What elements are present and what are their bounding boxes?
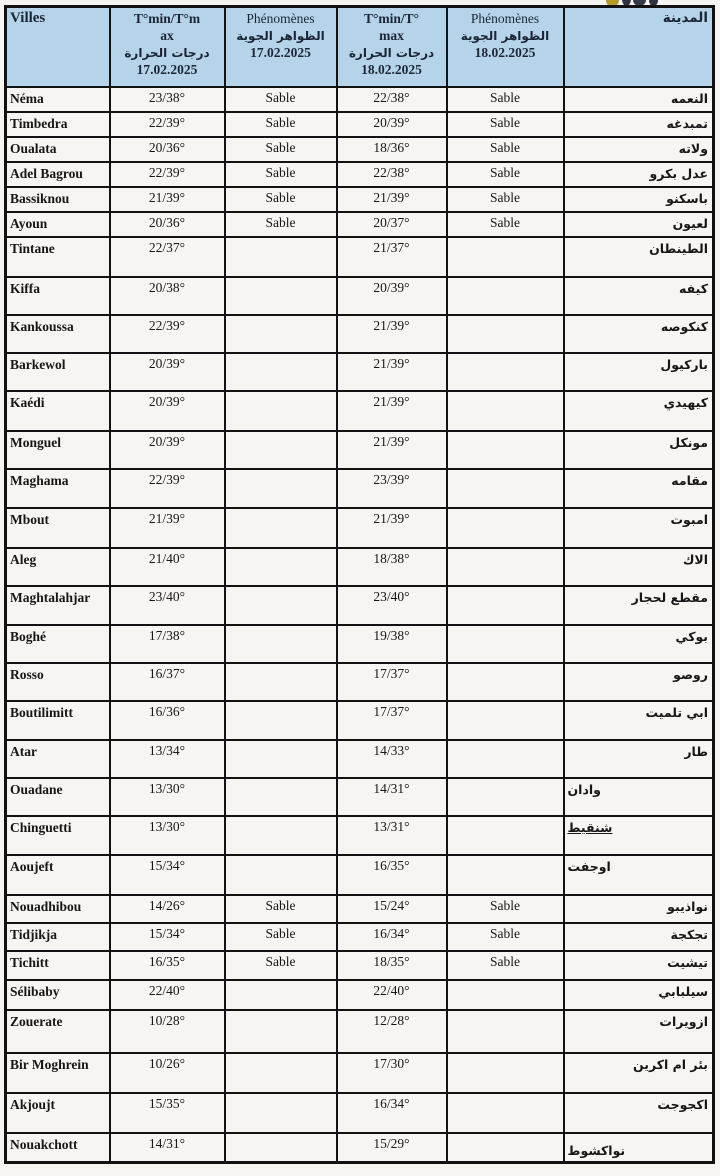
phenomena-17-cell — [225, 980, 337, 1010]
temp-17-value: 21/40° — [149, 551, 185, 566]
temp-17-value: 13/34° — [149, 743, 185, 758]
city-fr-cell: Ouadane — [6, 778, 110, 816]
table-row: Akjoujt 15/35° 16/34° اكجوجت — [6, 1093, 714, 1133]
temp-17-cell: 23/40° — [110, 586, 225, 625]
city-name-fr: Néma — [10, 91, 44, 106]
city-ar-cell: الطينطان — [564, 237, 714, 277]
phenomena-17-value: Sable — [266, 115, 296, 130]
temp-18-cell: 17/30° — [337, 1053, 447, 1093]
table-row: Nouakchott 14/31° 15/29° نواكشوط — [6, 1133, 714, 1163]
header-row: Villes T°min/T°m ax درجات الحرارة 17.02.… — [6, 7, 714, 87]
temp-18-cell: 15/24° — [337, 895, 447, 923]
table-row: Kiffa 20/38° 20/39° كيفه — [6, 277, 714, 315]
phenomena-17-cell — [225, 855, 337, 895]
table-row: Ouadane 13/30° 14/31° وادان — [6, 778, 714, 816]
temp-17-cell: 21/39° — [110, 508, 225, 548]
city-name-ar: النعمه — [671, 91, 708, 106]
phenomena-17-cell — [225, 353, 337, 391]
city-name-ar: مقامه — [671, 473, 708, 488]
city-name-fr: Monguel — [10, 435, 61, 450]
table-row: Atar 13/34° 14/33° طار — [6, 740, 714, 778]
city-name-ar: ولاته — [679, 141, 708, 156]
city-name-ar: تجكجة — [670, 927, 708, 942]
temp-17-cell: 22/39° — [110, 162, 225, 187]
phenomena-18-cell — [447, 701, 564, 740]
city-name-fr: Timbedra — [10, 116, 68, 131]
phenomena-17-value: Sable — [266, 954, 296, 969]
header-phenomena-17-date: 17.02.2025 — [226, 45, 336, 61]
city-name-ar: ابي تلميت — [646, 705, 709, 720]
city-ar-cell: تمبدغه — [564, 112, 714, 137]
city-ar-cell: كيفه — [564, 277, 714, 315]
phenomena-17-value: Sable — [266, 898, 296, 913]
city-ar-cell: كنكوصه — [564, 315, 714, 353]
city-name-ar: بوكي — [676, 629, 708, 644]
phenomena-18-cell — [447, 391, 564, 431]
temp-17-cell: 21/40° — [110, 548, 225, 586]
city-fr-cell: Mbout — [6, 508, 110, 548]
phenomena-17-value: Sable — [266, 926, 296, 941]
phenomena-17-cell — [225, 701, 337, 740]
temp-18-cell: 21/37° — [337, 237, 447, 277]
temp-17-cell: 20/39° — [110, 391, 225, 431]
city-name-fr: Adel Bagrou — [10, 166, 83, 181]
temp-17-cell: 16/35° — [110, 951, 225, 980]
city-name-fr: Boutilimitt — [10, 705, 73, 720]
phenomena-17-cell: Sable — [225, 187, 337, 212]
table-row: Oualata 20/36° Sable 18/36° Sable ولاته — [6, 137, 714, 162]
phenomena-17-cell — [225, 469, 337, 508]
temp-17-value: 13/30° — [149, 781, 185, 796]
temp-17-cell: 20/36° — [110, 212, 225, 237]
city-name-ar: اكجوجت — [657, 1097, 708, 1112]
city-name-ar: سيلبابي — [658, 984, 708, 999]
city-ar-cell: النعمه — [564, 87, 714, 112]
city-fr-cell: Bir Moghrein — [6, 1053, 110, 1093]
city-ar-cell: شنقيط — [564, 816, 714, 855]
temp-17-value: 15/34° — [149, 858, 185, 873]
header-phenomena-17-ar: الظواهر الجوية — [226, 28, 336, 45]
temp-18-cell: 13/31° — [337, 816, 447, 855]
city-name-ar: باسكنو — [666, 191, 708, 206]
city-ar-cell: الاك — [564, 548, 714, 586]
city-name-ar: مقطع لحجار — [632, 590, 708, 605]
phenomena-17-cell: Sable — [225, 895, 337, 923]
temp-17-value: 15/35° — [149, 1096, 185, 1111]
temp-17-cell: 22/39° — [110, 112, 225, 137]
phenomena-17-cell — [225, 1093, 337, 1133]
phenomena-17-cell: Sable — [225, 137, 337, 162]
header-villes: Villes — [6, 7, 110, 87]
city-name-ar: طار — [684, 744, 708, 759]
temp-18-value: 21/39° — [373, 356, 409, 371]
phenomena-18-value: Sable — [490, 165, 520, 180]
phenomena-17-cell — [225, 391, 337, 431]
temp-17-value: 20/39° — [149, 356, 185, 371]
city-fr-cell: Chinguetti — [6, 816, 110, 855]
city-ar-cell: نواذيبو — [564, 895, 714, 923]
city-name-ar: كنكوصه — [661, 319, 708, 334]
temp-17-value: 16/36° — [149, 704, 185, 719]
temp-18-cell: 12/28° — [337, 1010, 447, 1053]
header-phenomena-17: Phénomènes الظواهر الجوية 17.02.2025 — [225, 7, 337, 87]
temp-18-value: 17/30° — [373, 1056, 409, 1071]
temp-17-value: 22/39° — [149, 472, 185, 487]
temp-17-cell: 15/35° — [110, 1093, 225, 1133]
phenomena-18-cell — [447, 1093, 564, 1133]
phenomena-18-cell — [447, 1133, 564, 1163]
temp-18-value: 17/37° — [373, 666, 409, 681]
city-name-fr: Boghé — [10, 629, 46, 644]
city-name-fr: Rosso — [10, 667, 44, 682]
table-row: Aoujeft 15/34° 16/35° اوجفت — [6, 855, 714, 895]
table-row: Nouadhibou 14/26° Sable 15/24° Sable نوا… — [6, 895, 714, 923]
table-row: Mbout 21/39° 21/39° امبوت — [6, 508, 714, 548]
phenomena-17-cell: Sable — [225, 212, 337, 237]
phenomena-17-cell: Sable — [225, 162, 337, 187]
temp-18-cell: 18/36° — [337, 137, 447, 162]
temp-17-value: 20/36° — [149, 140, 185, 155]
phenomena-18-cell — [447, 586, 564, 625]
city-name-ar: نواذيبو — [667, 899, 708, 914]
city-ar-cell: باسكنو — [564, 187, 714, 212]
weather-table: Villes T°min/T°m ax درجات الحرارة 17.02.… — [4, 5, 715, 1164]
city-fr-cell: Nouadhibou — [6, 895, 110, 923]
phenomena-18-value: Sable — [490, 898, 520, 913]
city-name-fr: Bir Moghrein — [10, 1057, 89, 1072]
city-fr-cell: Tintane — [6, 237, 110, 277]
phenomena-18-cell: Sable — [447, 162, 564, 187]
temp-18-value: 21/39° — [373, 190, 409, 205]
temp-18-cell: 18/35° — [337, 951, 447, 980]
temp-18-value: 20/39° — [373, 115, 409, 130]
city-name-ar: الاك — [683, 552, 708, 567]
phenomena-17-value: Sable — [266, 140, 296, 155]
city-fr-cell: Zouerate — [6, 1010, 110, 1053]
phenomena-18-cell: Sable — [447, 923, 564, 951]
header-phenomena-18-date: 18.02.2025 — [448, 45, 563, 61]
city-name-fr: Chinguetti — [10, 820, 72, 835]
phenomena-17-value: Sable — [266, 215, 296, 230]
temp-17-cell: 20/38° — [110, 277, 225, 315]
phenomena-17-value: Sable — [266, 165, 296, 180]
table-row: Timbedra 22/39° Sable 20/39° Sable تمبدغ… — [6, 112, 714, 137]
table-row: Bassiknou 21/39° Sable 21/39° Sable باسك… — [6, 187, 714, 212]
city-fr-cell: Kankoussa — [6, 315, 110, 353]
phenomena-17-cell — [225, 816, 337, 855]
temp-17-value: 22/39° — [149, 165, 185, 180]
table-row: Tichitt 16/35° Sable 18/35° Sable تيشيت — [6, 951, 714, 980]
temp-18-value: 16/35° — [373, 858, 409, 873]
temp-18-value: 14/33° — [373, 743, 409, 758]
temp-17-value: 14/26° — [149, 898, 185, 913]
temp-18-value: 18/36° — [373, 140, 409, 155]
table-row: Boutilimitt 16/36° 17/37° ابي تلميت — [6, 701, 714, 740]
city-name-ar: تيشيت — [667, 955, 708, 970]
city-fr-cell: Aoujeft — [6, 855, 110, 895]
temp-18-value: 21/39° — [373, 394, 409, 409]
phenomena-18-value: Sable — [490, 90, 520, 105]
temp-17-cell: 23/38° — [110, 87, 225, 112]
city-name-fr: Sélibaby — [10, 984, 60, 999]
temp-18-cell: 19/38° — [337, 625, 447, 663]
city-ar-cell: امبوت — [564, 508, 714, 548]
table-row: Maghtalahjar 23/40° 23/40° مقطع لحجار — [6, 586, 714, 625]
temp-18-cell: 21/39° — [337, 508, 447, 548]
phenomena-18-cell — [447, 1053, 564, 1093]
temp-18-cell: 17/37° — [337, 663, 447, 701]
city-ar-cell: اكجوجت — [564, 1093, 714, 1133]
city-name-ar: امبوت — [670, 512, 708, 527]
temp-18-value: 21/39° — [373, 434, 409, 449]
table-row: Monguel 20/39° 21/39° مونكل — [6, 431, 714, 469]
phenomena-18-cell — [447, 508, 564, 548]
temp-18-value: 22/40° — [373, 983, 409, 998]
temp-18-value: 14/31° — [373, 781, 409, 796]
table-row: Zouerate 10/28° 12/28° ازويرات — [6, 1010, 714, 1053]
phenomena-17-value: Sable — [266, 90, 296, 105]
city-name-fr: Maghtalahjar — [10, 590, 90, 605]
city-ar-cell: تجكجة — [564, 923, 714, 951]
city-name-fr: Mbout — [10, 512, 49, 527]
phenomena-18-value: Sable — [490, 115, 520, 130]
temp-18-value: 18/35° — [373, 954, 409, 969]
phenomena-18-cell — [447, 663, 564, 701]
temp-18-cell: 22/38° — [337, 87, 447, 112]
temp-17-cell: 13/30° — [110, 816, 225, 855]
city-ar-cell: ازويرات — [564, 1010, 714, 1053]
table-row: Tidjikja 15/34° Sable 16/34° Sable تجكجة — [6, 923, 714, 951]
temp-17-value: 22/39° — [149, 318, 185, 333]
header-temp-18-fr: T°min/T° max — [338, 11, 446, 45]
city-fr-cell: Maghama — [6, 469, 110, 508]
city-ar-cell: باركيول — [564, 353, 714, 391]
temp-18-value: 16/34° — [373, 926, 409, 941]
header-temp-18-ar: درجات الحرارة — [338, 45, 446, 62]
header-phenomena-18-fr: Phénomènes — [448, 11, 563, 28]
city-ar-cell: بوكي — [564, 625, 714, 663]
phenomena-17-cell — [225, 1133, 337, 1163]
city-name-ar: مونكل — [669, 435, 708, 450]
city-name-fr: Maghama — [10, 473, 69, 488]
city-name-ar: كيفه — [679, 281, 708, 296]
temp-17-cell: 10/28° — [110, 1010, 225, 1053]
table-row: Tintane 22/37° 21/37° الطينطان — [6, 237, 714, 277]
phenomena-18-value: Sable — [490, 215, 520, 230]
table-row: Adel Bagrou 22/39° Sable 22/38° Sable عد… — [6, 162, 714, 187]
temp-18-value: 18/38° — [373, 551, 409, 566]
city-fr-cell: Kiffa — [6, 277, 110, 315]
temp-18-cell: 16/34° — [337, 923, 447, 951]
phenomena-18-cell — [447, 740, 564, 778]
city-fr-cell: Tidjikja — [6, 923, 110, 951]
temp-18-cell: 20/37° — [337, 212, 447, 237]
city-name-fr: Tidjikja — [10, 927, 57, 942]
temp-18-value: 16/34° — [373, 1096, 409, 1111]
temp-18-value: 20/39° — [373, 280, 409, 295]
temp-18-cell: 16/35° — [337, 855, 447, 895]
phenomena-17-cell — [225, 778, 337, 816]
temp-17-cell: 14/31° — [110, 1133, 225, 1163]
temp-17-cell: 22/37° — [110, 237, 225, 277]
temp-18-value: 20/37° — [373, 215, 409, 230]
phenomena-17-cell — [225, 237, 337, 277]
city-fr-cell: Monguel — [6, 431, 110, 469]
temp-18-cell: 15/29° — [337, 1133, 447, 1163]
phenomena-18-cell — [447, 315, 564, 353]
phenomena-17-cell — [225, 277, 337, 315]
city-fr-cell: Timbedra — [6, 112, 110, 137]
phenomena-17-cell — [225, 315, 337, 353]
phenomena-17-cell — [225, 625, 337, 663]
temp-18-value: 21/39° — [373, 511, 409, 526]
temp-17-cell: 13/34° — [110, 740, 225, 778]
table-row: Bir Moghrein 10/26° 17/30° بئر ام اكرين — [6, 1053, 714, 1093]
city-name-ar: نواكشوط — [568, 1143, 626, 1158]
city-name-fr: Aoujeft — [10, 859, 54, 874]
city-ar-cell: تيشيت — [564, 951, 714, 980]
phenomena-18-value: Sable — [490, 926, 520, 941]
phenomena-18-cell — [447, 1010, 564, 1053]
city-name-fr: Akjoujt — [10, 1097, 55, 1112]
phenomena-17-cell: Sable — [225, 112, 337, 137]
city-name-ar: كيهيدي — [664, 395, 708, 410]
phenomena-18-cell — [447, 277, 564, 315]
phenomena-18-cell: Sable — [447, 137, 564, 162]
city-fr-cell: Nouakchott — [6, 1133, 110, 1163]
phenomena-18-cell — [447, 625, 564, 663]
table-row: Barkewol 20/39° 21/39° باركيول — [6, 353, 714, 391]
temp-17-cell: 22/39° — [110, 469, 225, 508]
phenomena-17-cell — [225, 431, 337, 469]
city-ar-cell: كيهيدي — [564, 391, 714, 431]
city-name-fr: Nouadhibou — [10, 899, 81, 914]
temp-17-value: 20/38° — [149, 280, 185, 295]
temp-17-cell: 15/34° — [110, 855, 225, 895]
table-row: Kaédi 20/39° 21/39° كيهيدي — [6, 391, 714, 431]
temp-17-cell: 15/34° — [110, 923, 225, 951]
city-name-fr: Tintane — [10, 241, 55, 256]
temp-18-cell: 21/39° — [337, 353, 447, 391]
temp-17-cell: 16/37° — [110, 663, 225, 701]
temp-17-cell: 16/36° — [110, 701, 225, 740]
temp-17-value: 16/37° — [149, 666, 185, 681]
city-name-ar: بئر ام اكرين — [633, 1057, 708, 1072]
phenomena-18-cell — [447, 548, 564, 586]
city-fr-cell: Barkewol — [6, 353, 110, 391]
temp-17-cell: 20/36° — [110, 137, 225, 162]
phenomena-18-cell: Sable — [447, 187, 564, 212]
temp-18-cell: 20/39° — [337, 277, 447, 315]
table-row: Ayoun 20/36° Sable 20/37° Sable لعيون — [6, 212, 714, 237]
table-row: Boghé 17/38° 19/38° بوكي — [6, 625, 714, 663]
city-ar-cell: مقطع لحجار — [564, 586, 714, 625]
temp-18-value: 13/31° — [373, 819, 409, 834]
temp-18-value: 15/29° — [373, 1136, 409, 1151]
city-name-fr: Kankoussa — [10, 319, 74, 334]
city-ar-cell: روصو — [564, 663, 714, 701]
table-row: Chinguetti 13/30° 13/31° شنقيط — [6, 816, 714, 855]
temp-17-value: 15/34° — [149, 926, 185, 941]
city-ar-cell: عدل بكرو — [564, 162, 714, 187]
header-temp-18-date: 18.02.2025 — [338, 62, 446, 78]
phenomena-18-cell — [447, 237, 564, 277]
phenomena-18-cell: Sable — [447, 112, 564, 137]
temp-17-value: 20/39° — [149, 434, 185, 449]
header-villes-label: Villes — [10, 10, 45, 26]
city-name-ar: باركيول — [660, 357, 708, 372]
temp-17-value: 10/28° — [149, 1013, 185, 1028]
header-phenomena-17-fr: Phénomènes — [226, 11, 336, 28]
temp-17-cell: 13/30° — [110, 778, 225, 816]
table-row: Kankoussa 22/39° 21/39° كنكوصه — [6, 315, 714, 353]
phenomena-17-cell — [225, 663, 337, 701]
phenomena-18-cell: Sable — [447, 895, 564, 923]
temp-18-cell: 14/31° — [337, 778, 447, 816]
phenomena-17-cell: Sable — [225, 87, 337, 112]
phenomena-18-cell — [447, 431, 564, 469]
temp-17-value: 23/40° — [149, 589, 185, 604]
city-name-fr: Zouerate — [10, 1014, 62, 1029]
phenomena-18-value: Sable — [490, 954, 520, 969]
city-name-ar: وادان — [568, 782, 601, 797]
temp-17-value: 21/39° — [149, 511, 185, 526]
city-fr-cell: Aleg — [6, 548, 110, 586]
phenomena-17-value: Sable — [266, 190, 296, 205]
city-ar-cell: وادان — [564, 778, 714, 816]
city-name-fr: Ouadane — [10, 782, 63, 797]
temp-18-cell: 20/39° — [337, 112, 447, 137]
temp-18-cell: 21/39° — [337, 391, 447, 431]
city-ar-cell: مقامه — [564, 469, 714, 508]
phenomena-18-cell — [447, 353, 564, 391]
temp-17-value: 17/38° — [149, 628, 185, 643]
temp-17-cell: 14/26° — [110, 895, 225, 923]
city-ar-cell: ابي تلميت — [564, 701, 714, 740]
temp-18-value: 15/24° — [373, 898, 409, 913]
temp-18-value: 23/40° — [373, 589, 409, 604]
city-fr-cell: Rosso — [6, 663, 110, 701]
city-name-ar: ازويرات — [659, 1014, 708, 1029]
temp-18-value: 17/37° — [373, 704, 409, 719]
temp-17-value: 14/31° — [149, 1136, 185, 1151]
temp-17-value: 23/38° — [149, 90, 185, 105]
temp-18-value: 23/39° — [373, 472, 409, 487]
city-name-fr: Ayoun — [10, 216, 47, 231]
city-name-fr: Barkewol — [10, 357, 66, 372]
city-fr-cell: Akjoujt — [6, 1093, 110, 1133]
temp-17-value: 21/39° — [149, 190, 185, 205]
temp-18-value: 21/39° — [373, 318, 409, 333]
city-name-fr: Kaédi — [10, 395, 45, 410]
temp-17-value: 22/39° — [149, 115, 185, 130]
table-row: Maghama 22/39° 23/39° مقامه — [6, 469, 714, 508]
table-row: Rosso 16/37° 17/37° روصو — [6, 663, 714, 701]
table-row: Aleg 21/40° 18/38° الاك — [6, 548, 714, 586]
temp-17-value: 13/30° — [149, 819, 185, 834]
city-fr-cell: Boghé — [6, 625, 110, 663]
city-ar-cell: نواكشوط — [564, 1133, 714, 1163]
table-row: Sélibaby 22/40° 22/40° سيلبابي — [6, 980, 714, 1010]
city-fr-cell: Néma — [6, 87, 110, 112]
city-fr-cell: Atar — [6, 740, 110, 778]
phenomena-17-cell — [225, 740, 337, 778]
header-temp-17: T°min/T°m ax درجات الحرارة 17.02.2025 — [110, 7, 225, 87]
city-ar-cell: سيلبابي — [564, 980, 714, 1010]
temp-17-cell: 20/39° — [110, 353, 225, 391]
temp-17-value: 22/37° — [149, 240, 185, 255]
city-name-fr: Nouakchott — [10, 1137, 78, 1152]
